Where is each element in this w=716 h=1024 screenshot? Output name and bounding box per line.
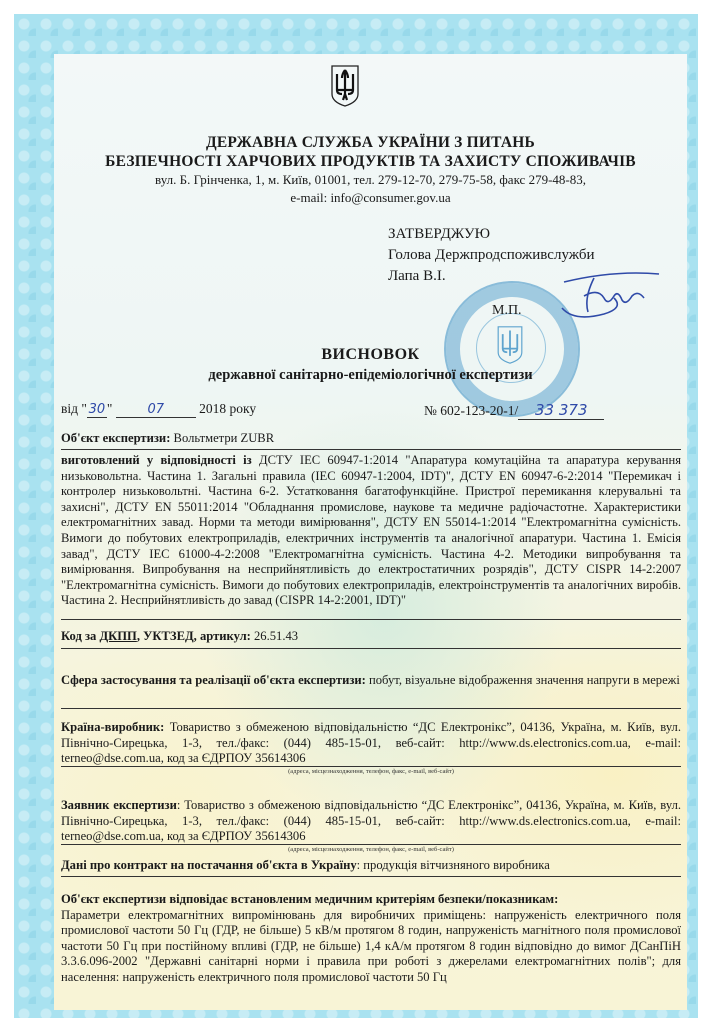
seal-place-label: М.П. bbox=[492, 303, 522, 319]
decorative-border: ДЕРЖАВНА СЛУЖБА УКРАЇНИ З ПИТАНЬ БЕЗПЕЧН… bbox=[14, 14, 698, 1018]
approve-label: ЗАТВЕРДЖУЮ bbox=[388, 224, 595, 245]
signature bbox=[554, 268, 664, 328]
date-year: 2018 року bbox=[199, 401, 256, 416]
object-of-expertise: Об'єкт експертизи: Вольтметри ZUBR bbox=[61, 431, 681, 447]
document-number: № 602-123-20-1/33 373 bbox=[424, 401, 604, 420]
producer-caption: (адреса, місцезнаходження, телефон, факс… bbox=[61, 768, 681, 775]
document-date: від "30" 07 2018 року bbox=[61, 401, 256, 418]
supply-contract: Дані про контракт на постачання об'єкта … bbox=[61, 858, 681, 874]
document-number-handwritten: 33 373 bbox=[518, 401, 604, 420]
applicant-caption: (адреса, місцезнаходження, телефон, факс… bbox=[61, 846, 681, 853]
org-name-line1: ДЕРЖАВНА СЛУЖБА УКРАЇНИ З ПИТАНЬ bbox=[54, 134, 687, 152]
document-title: ВИСНОВОК bbox=[54, 346, 687, 364]
divider bbox=[61, 844, 681, 845]
org-address: вул. Б. Грінченка, 1, м. Київ, 01001, те… bbox=[54, 172, 687, 188]
safety-criteria: Об'єкт експертизи відповідає встановлени… bbox=[61, 892, 681, 986]
date-day: 30 bbox=[87, 402, 107, 418]
divider bbox=[61, 619, 681, 620]
divider bbox=[61, 876, 681, 877]
divider bbox=[61, 449, 681, 450]
divider bbox=[61, 648, 681, 649]
trident-coat-of-arms-icon bbox=[330, 64, 360, 108]
org-name-line2: БЕЗПЕЧНОСТІ ХАРЧОВИХ ПРОДУКТІВ ТА ЗАХИСТ… bbox=[54, 153, 687, 171]
manufactured-according-to: виготовлений у відповідності із ДСТУ IEC… bbox=[61, 453, 681, 609]
date-month: 07 bbox=[116, 402, 196, 418]
divider bbox=[61, 766, 681, 767]
document-subtitle: державної санітарно-епідеміологічної екс… bbox=[54, 367, 687, 384]
producer-country: Країна-виробник: Товариство з обмеженою … bbox=[61, 720, 681, 767]
approver-position: Голова Держпродспоживслужби bbox=[388, 245, 595, 266]
divider bbox=[61, 708, 681, 709]
document-panel: ДЕРЖАВНА СЛУЖБА УКРАЇНИ З ПИТАНЬ БЕЗПЕЧН… bbox=[54, 54, 687, 1010]
applicant: Заявник експертизи: Товариство з обмежен… bbox=[61, 798, 681, 845]
org-email: e-mail: info@consumer.gov.ua bbox=[54, 190, 687, 206]
product-code: Код за ДКПП, УКТЗЕД, артикул: 26.51.43 bbox=[61, 629, 681, 645]
scope-of-application: Сфера застосування та реалізації об'єкта… bbox=[61, 673, 681, 689]
